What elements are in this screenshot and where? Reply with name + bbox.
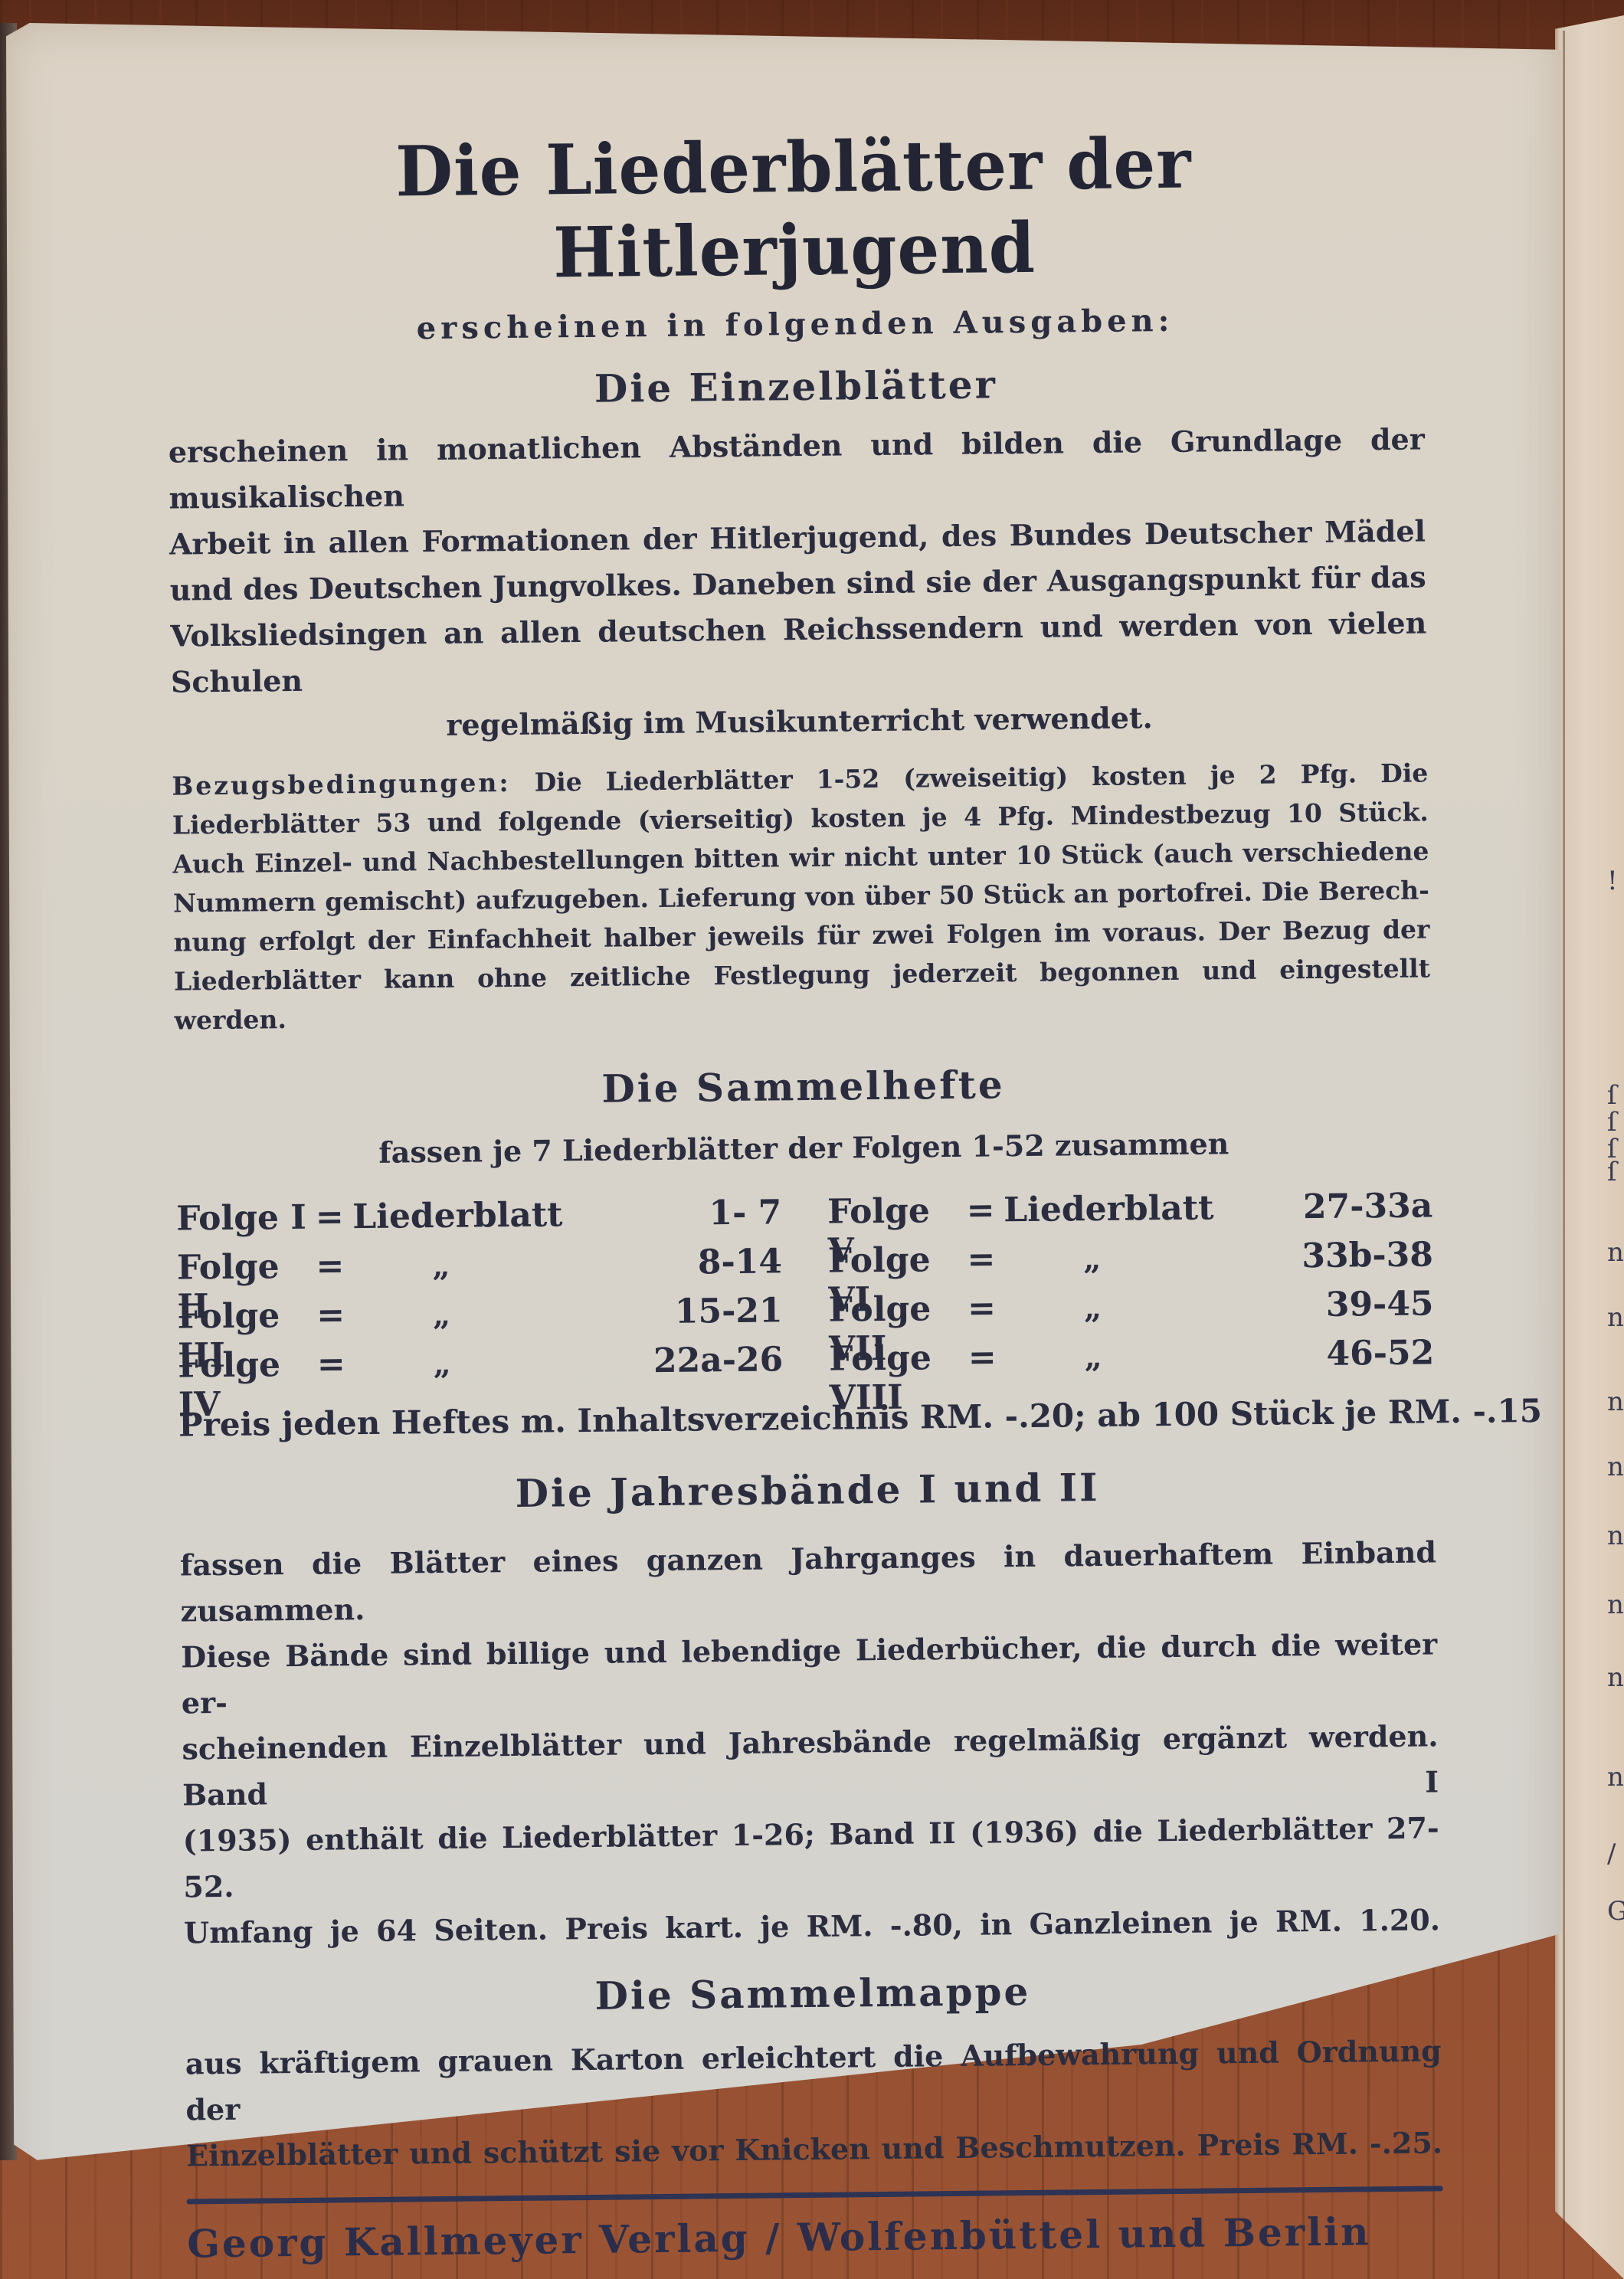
equals-sign: = — [306, 1198, 353, 1238]
section-einzelblaetter: Die Einzelblätter erscheinen in monatlic… — [168, 358, 1431, 1040]
fragment-glyph: ſ — [1607, 1157, 1617, 1187]
section-heading: Die Sammelmappe — [185, 1965, 1442, 2023]
folge-column-left: Folge I = Liederblatt 1- 7 Folge II = „ … — [176, 1194, 784, 1396]
ditto-mark: „ — [1004, 1240, 1180, 1278]
conditions-label: Bezugsbedingungen: — [172, 768, 511, 801]
folge-row: Folge IV = „ 22a-26 — [178, 1341, 784, 1396]
equals-sign: = — [308, 1345, 355, 1385]
equals-sign: = — [958, 1240, 1005, 1280]
page-fold-crease — [1563, 31, 1565, 2222]
section-heading: Die Sammelhefte — [175, 1058, 1432, 1116]
section-heading: Die Einzelblätter — [168, 358, 1425, 416]
fragment-glyph: ſ — [1607, 1080, 1617, 1111]
folge-range: 27-33a — [1180, 1187, 1433, 1228]
fragment-glyph: n — [1607, 1762, 1624, 1793]
fragment-glyph: / — [1607, 1839, 1616, 1869]
fragment-glyph: n — [1607, 1237, 1624, 1268]
folge-range: 15-21 — [529, 1292, 783, 1333]
text-line: Diese Bände sind billige und lebendige L… — [181, 1622, 1438, 1727]
text-line: (1935) enthält die Liederblätter 1-26; B… — [182, 1806, 1439, 1911]
text-line: aus kräftigem grauen Karton erleichtert … — [185, 2029, 1442, 2133]
equals-sign: = — [958, 1191, 1004, 1231]
page-content: Die Liederblätter der Hitlerjugend ersch… — [165, 123, 1443, 2266]
fragment-glyph: n — [1607, 1521, 1624, 1551]
sammelhefte-price: Preis jeden Heftes m. Inhaltsverzeichnis… — [178, 1393, 1435, 1444]
fragment-glyph: n — [1607, 1452, 1624, 1482]
ditto-mark: „ — [354, 1345, 530, 1383]
liederblatt-label: Liederblatt — [352, 1196, 529, 1236]
folge-table: Folge I = Liederblatt 1- 7 Folge II = „ … — [176, 1187, 1435, 1396]
section-sammelhefte: Die Sammelhefte fassen je 7 Liederblätte… — [175, 1058, 1435, 1444]
folge-range: 1- 7 — [529, 1194, 782, 1235]
text-line: erscheinen in monatlichen Abständen und … — [168, 417, 1425, 522]
fragment-glyph: G — [1607, 1896, 1624, 1927]
equals-sign: = — [959, 1338, 1006, 1378]
fragment-glyph: n — [1607, 1662, 1624, 1693]
folge-range: 39-45 — [1180, 1285, 1434, 1326]
folge-row: Folge I = Liederblatt 1- 7 — [176, 1194, 782, 1249]
ditto-mark: „ — [353, 1247, 529, 1285]
folge-row: Folge III = „ 15-21 — [177, 1292, 783, 1347]
equals-sign: = — [958, 1289, 1005, 1329]
sammelmappe-description: aus kräftigem grauen Karton erleichtert … — [185, 2029, 1443, 2179]
conditions-line: Liederblätter kann ohne zeitliche Festle… — [174, 949, 1431, 1040]
text-line: Volksliedsingen an allen deutschen Reich… — [170, 601, 1427, 706]
text-line: fassen die Blätter eines ganzen Jahrgang… — [180, 1530, 1437, 1635]
equals-sign: = — [307, 1247, 354, 1287]
section-heading: Die Jahresbände I und II — [179, 1462, 1436, 1520]
folge-range: 33b-38 — [1180, 1236, 1434, 1277]
fragment-glyph: ſ — [1607, 1107, 1617, 1138]
fragment-glyph: n — [1607, 1590, 1624, 1620]
section-jahresbaende: Die Jahresbände I und II fassen die Blät… — [179, 1462, 1440, 1956]
adjacent-page-text-fragments: ! ſ ſ ſ ſ n n n n n n n n / G — [1607, 0, 1624, 2279]
ditto-mark: „ — [1005, 1338, 1181, 1376]
horizontal-rule — [187, 2186, 1443, 2205]
folge-row: Folge VIII = „ 46-52 — [829, 1334, 1435, 1389]
einzelblaetter-description: erscheinen in monatlichen Abständen und … — [168, 417, 1427, 751]
folge-range: 22a-26 — [530, 1341, 784, 1382]
folge-range: 46-52 — [1181, 1334, 1435, 1375]
sammelhefte-intro: fassen je 7 Liederblätter der Folgen 1-5… — [175, 1125, 1432, 1172]
folge-row: Folge VII = „ 39-45 — [828, 1285, 1434, 1340]
ditto-mark: „ — [353, 1296, 529, 1334]
folge-row: Folge II = „ 8-14 — [177, 1243, 783, 1298]
folge-range: 8-14 — [529, 1243, 783, 1284]
bezugsbedingungen: Bezugsbedingungen: Die Liederblätter 1-5… — [172, 754, 1431, 1040]
conditions-text: Die Liederblätter 1-52 (zweiseitig) kost… — [534, 758, 1428, 797]
folge-label: Folge I — [176, 1198, 307, 1239]
folge-row: Folge VI = „ 33b-38 — [828, 1236, 1434, 1291]
text-line: scheinenden Einzelblätter und Jahresbänd… — [182, 1714, 1439, 1819]
page-title: Die Liederblätter der Hitlerjugend — [165, 120, 1423, 299]
folge-column-right: Folge V = Liederblatt 27-33a Folge VI = … — [827, 1187, 1435, 1389]
section-sammelmappe: Die Sammelmappe aus kräftigem grauen Kar… — [185, 1965, 1443, 2179]
equals-sign: = — [307, 1296, 354, 1336]
ditto-mark: „ — [1004, 1289, 1180, 1327]
fragment-glyph: ! — [1607, 866, 1618, 896]
liederblatt-label: Liederblatt — [1004, 1189, 1180, 1230]
jahresbaende-description: fassen die Blätter eines ganzen Jahrgang… — [180, 1530, 1441, 1956]
fragment-glyph: n — [1607, 1302, 1624, 1333]
fragment-glyph: n — [1607, 1387, 1624, 1417]
folge-row: Folge V = Liederblatt 27-33a — [827, 1187, 1433, 1242]
page-subtitle: erscheinen in folgenden Ausgaben: — [167, 300, 1423, 349]
